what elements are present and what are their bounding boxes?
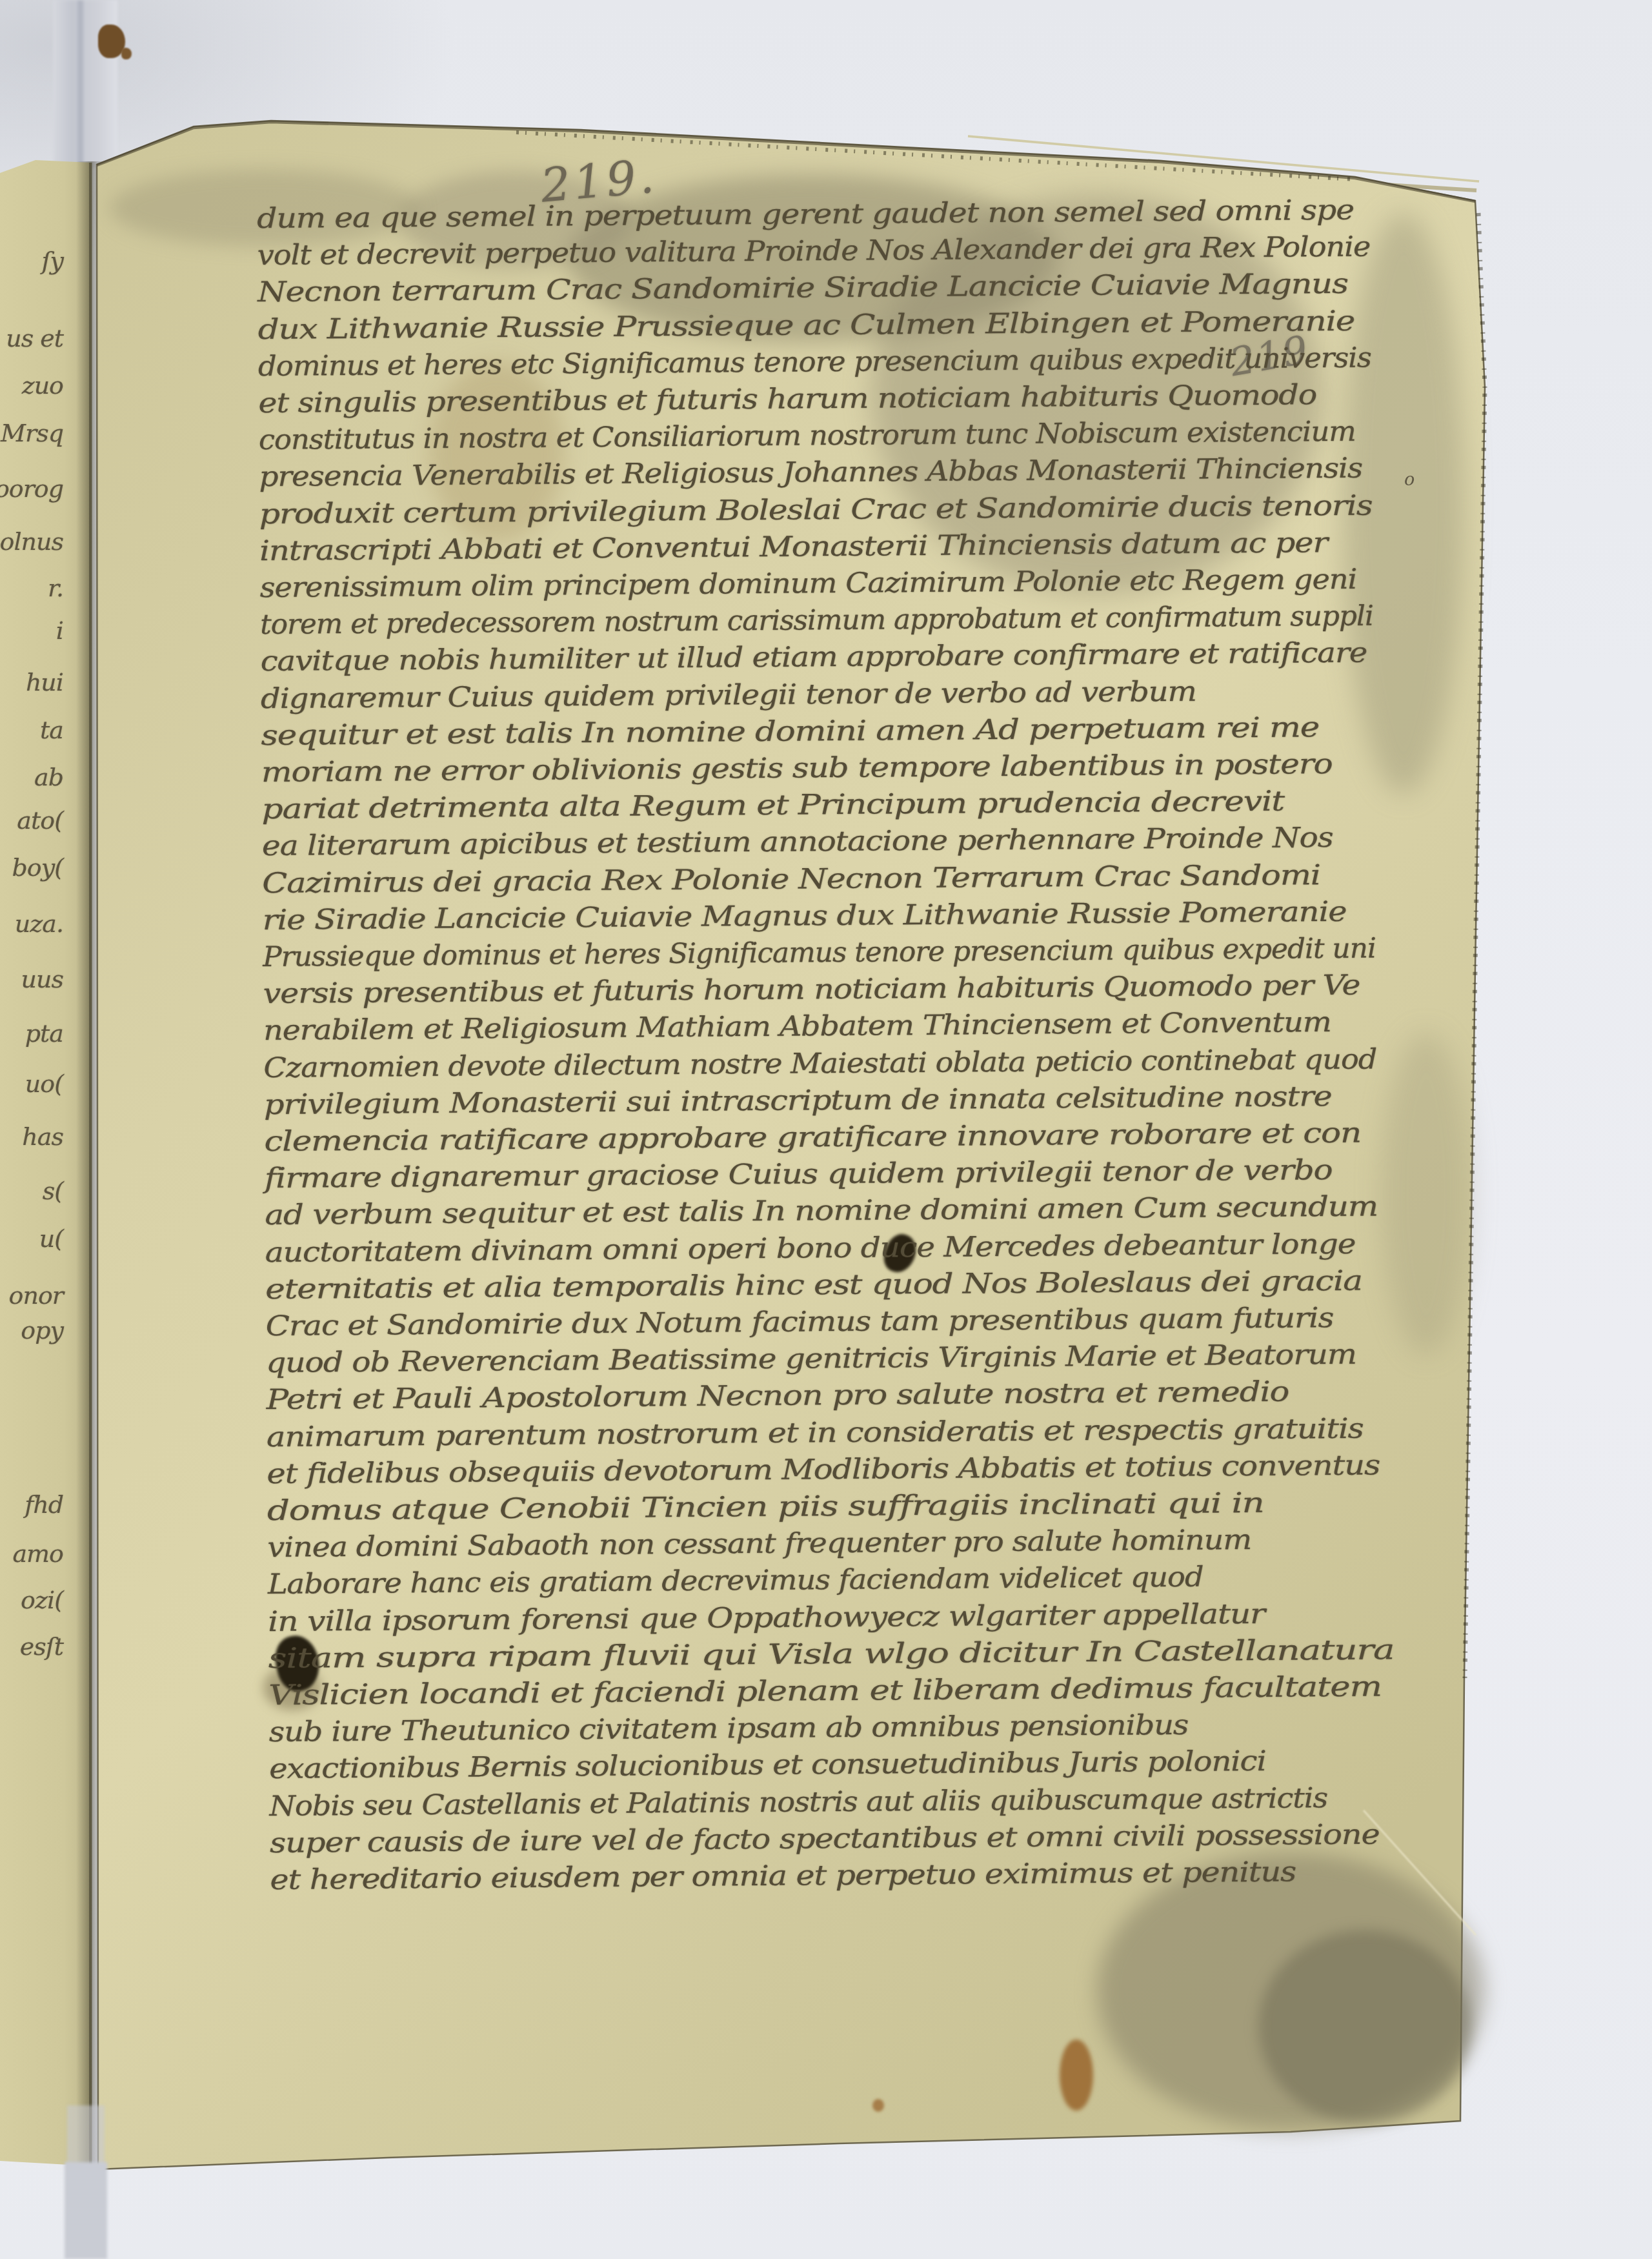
manuscript-text-block: dum ea que semel in perpetuum gerent gau… [257,196,1406,1948]
left-page-fragment: zuo [22,373,63,398]
left-page-fragment: uo( [25,1071,63,1096]
manuscript-line: dux Lithwanie Russie Prussieque ac Culme… [257,307,1355,343]
left-page-fragment: coorog [0,476,63,501]
left-page-fragment: onor [9,1283,63,1308]
manuscript-line: volt et decrevit perpetuo valitura Proin… [257,234,1370,270]
manuscript-line: Cazimirus dei gracia Rex Polonie Necnon … [262,862,1320,898]
manuscript-line: sub iure Theutunico civitatem ipsam ab o… [268,1712,1188,1747]
manuscript-line: animarum parentum nostrorum et in consid… [267,1415,1364,1451]
book-cradle-strip-bottom [65,2162,107,2259]
stray-ink-mark: o [1404,471,1415,489]
manuscript-line: serenissimum olim principem dominum Cazi… [259,566,1356,602]
left-page-fragment: us et [6,326,63,350]
manuscript-line: firmare dignaremur graciose Cuius quidem… [265,1157,1333,1193]
left-page-fragment: fhd [25,1492,63,1517]
left-page-fragment: ta [40,718,63,742]
manuscript-line: cavitque nobis humiliter ut illud etiam … [260,640,1367,676]
manuscript-line: Czarnomien devote dilectum nostre Maiest… [263,1046,1376,1082]
left-page-fragment: opy [21,1318,63,1342]
manuscript-line: torem et predecessorem nostrum carissimu… [260,603,1373,640]
left-page-fragment: pta [25,1021,63,1046]
manuscript-line: dignaremur Cuius quidem privilegii tenor… [261,678,1196,713]
left-page-fragment: ato( [17,808,63,833]
left-page-fragment: esſt [20,1634,63,1659]
manuscript-line: exactionibus Bernis solucionibus et cons… [269,1748,1266,1783]
left-page-fragment: ab [34,765,63,789]
manuscript-line: rie Siradie Lancicie Cuiavie Magnus dux … [263,898,1347,935]
manuscript-line: constitutus in nostra et Consiliariorum … [259,418,1356,454]
left-page-fragment: r. [48,576,63,600]
rust-dot [872,2099,884,2112]
manuscript-line: dominus et heres etc Significamus tenore… [258,344,1371,381]
left-page-fragment: boy( [12,855,64,880]
manuscript-line: Prussieque dominus et heres Significamus… [263,935,1376,971]
manuscript-line: moriam ne error oblivionis gestis sub te… [261,751,1333,787]
left-page-fragment: ozi( [21,1588,63,1612]
manuscript-line: Vislicien locandi et faciendi plenam et … [268,1673,1382,1710]
manuscript-line: Laborare hanc eis gratiam decrevimus fac… [268,1564,1204,1599]
left-page-fragment: has [22,1124,63,1149]
manuscript-line: versis presentibus et futuris horum noti… [263,972,1360,1008]
manuscript-line: produxit certum privilegium Boleslai Cra… [259,492,1373,529]
rust-stain [1060,2040,1093,2111]
book-cradle-strip-bottom-overlap [67,2105,105,2170]
manuscript-line: clemencia ratificare approbare gratifica… [264,1120,1361,1156]
manuscript-line: Necnon terrarum Crac Sandomirie Siradie … [257,270,1348,307]
manuscript-line: eternitatis et alia temporalis hinc est … [265,1267,1362,1303]
scan-background: 219. 219 o ſyus etzuoMrsqcoorogolnusr.ih… [0,0,1652,2259]
stain-bottom-right-core [1258,1930,1471,2123]
manuscript-line: auctoritatem divinam omni operi bono duc… [265,1230,1356,1266]
manuscript-line: domus atque Cenobii Tincien piis suffrag… [267,1490,1264,1525]
manuscript-line: intrascripti Abbati et Conventui Monaste… [259,529,1327,565]
manuscript-line: ea literarum apicibus et testium annotac… [262,824,1333,860]
left-page-fragment: u( [39,1226,63,1251]
manuscript-line: pariat detrimenta alta Regum et Principu… [261,788,1284,824]
manuscript-line: et fidelibus obsequiis devotorum Modlibo… [267,1452,1380,1488]
left-page-fragment: ſy [41,248,63,273]
gutter-fold-line [89,163,92,2167]
manuscript-line: in villa ipsorum forensi que Oppathowyec… [268,1600,1265,1636]
manuscript-line: vinea domini Sabaoth non cessant frequen… [267,1526,1251,1562]
manuscript-line: quod ob Reverenciam Beatissime genitrici… [266,1341,1356,1377]
left-page-fragment: amo [12,1541,63,1566]
manuscript-line: Nobis seu Castellanis et Palatinis nostr… [269,1785,1327,1821]
manuscript-line: dum ea que semel in perpetuum gerent gau… [257,197,1354,233]
manuscript-line: et singulis presentibus et futuris harum… [258,381,1316,418]
manuscript-line: sitam supra ripam fluvii qui Visla wlgo … [268,1636,1395,1673]
manuscript-line: presencia Venerabilis et Religiosus Joha… [259,455,1362,491]
left-page-fragments: ſyus etzuoMrsqcoorogolnusr.ihuitaabato(b… [0,0,67,1743]
left-page-fragment: s( [43,1179,63,1203]
manuscript-line: sequitur et est talis In nomine domini a… [261,714,1319,750]
manuscript-line: privilegium Monasterii sui intrascriptum… [264,1083,1332,1119]
manuscript-line: super causis de iure vel de facto specta… [270,1821,1380,1858]
left-page-fragment: uus [21,967,63,991]
manuscript-line: Petri et Pauli Apostolorum Necnon pro sa… [266,1379,1289,1414]
left-page-fragment: uza. [15,911,63,936]
manuscript-line: Crac et Sandomirie dux Notum facimus tam… [265,1304,1333,1341]
left-page-fragment: i [56,618,63,643]
left-page-fragment: Mrsq [1,421,63,445]
manuscript-line: nerabilem et Religiosum Mathiam Abbatem … [263,1009,1331,1045]
manuscript-line: ad verbum sequitur et est talis In nomin… [265,1193,1378,1230]
manuscript-line: et hereditario eiusdem per omnia et perp… [270,1858,1296,1894]
left-page-fragment: olnus [0,529,63,554]
left-page-fragment: hui [26,670,63,694]
